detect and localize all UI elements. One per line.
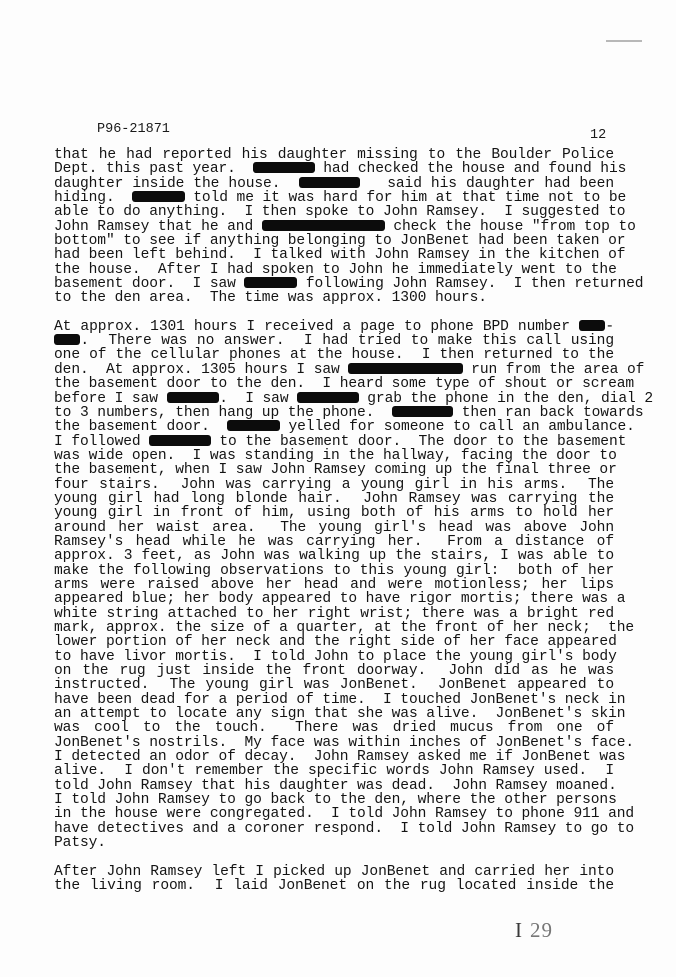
text-line: appeared blue; her body appeared to have… xyxy=(54,592,614,606)
redaction-block xyxy=(149,435,210,446)
text-line: white string attached to her right wrist… xyxy=(54,607,614,621)
text-line: alive. I don't remember the specific wor… xyxy=(54,764,614,778)
paragraph: After John Ramsey left I picked up JonBe… xyxy=(54,865,614,894)
text-line: At approx. 1301 hours I received a page … xyxy=(54,320,614,334)
bates-prefix: I xyxy=(515,918,530,942)
text-line: an attempt to locate any sign that she w… xyxy=(54,707,614,721)
text-line: young girl in front of him, using both o… xyxy=(54,506,614,520)
text-line: mark, approx. the size of a quarter, at … xyxy=(54,621,614,635)
text-line: was cool to the touch. There was dried m… xyxy=(54,721,614,735)
text-segment: Patsy. xyxy=(54,835,106,851)
text-line: the basement door to the den. I heard so… xyxy=(54,377,614,391)
redaction-block xyxy=(579,320,605,331)
text-line: the basement door. yelled for someone to… xyxy=(54,420,614,434)
text-line: Ramsey's head while he was carrying her.… xyxy=(54,535,614,549)
text-line: After John Ramsey left I picked up JonBe… xyxy=(54,865,614,879)
report-body: that he had reported his daughter missin… xyxy=(54,148,614,907)
redaction-block xyxy=(227,420,280,431)
text-line: on the rug just inside the front doorway… xyxy=(54,664,614,678)
text-line: den. At approx. 1305 hours I saw run fro… xyxy=(54,363,614,377)
bates-number: 29 xyxy=(530,918,553,942)
text-line: the living room. I laid JonBenet on the … xyxy=(54,879,614,893)
text-line: told John Ramsey that his daughter was d… xyxy=(54,779,614,793)
text-line: I detected an odor of decay. John Ramsey… xyxy=(54,750,614,764)
text-line: to have livor mortis. I told John to pla… xyxy=(54,650,614,664)
text-line: I told John Ramsey to go back to the den… xyxy=(54,793,614,807)
document-page: P96-21871 12 that he had reported his da… xyxy=(0,0,676,977)
text-line: young girl had long blonde hair. John Ra… xyxy=(54,492,614,506)
text-line: around her waist area. The young girl's … xyxy=(54,521,614,535)
text-line: Dept. this past year. had checked the ho… xyxy=(54,162,614,176)
text-line: was wide open. I was standing in the hal… xyxy=(54,449,614,463)
text-line: instructed. The young girl was JonBenet.… xyxy=(54,678,614,692)
redaction-block xyxy=(297,392,358,403)
text-line: to the den area. The time was approx. 13… xyxy=(54,291,614,305)
text-line: have been dead for a period of time. I t… xyxy=(54,693,614,707)
text-line: to 3 numbers, then hang up the phone. th… xyxy=(54,406,614,420)
text-line: in the house were congregated. I told Jo… xyxy=(54,807,614,821)
text-line: basement door. I saw following John Rams… xyxy=(54,277,614,291)
bates-stamp: I29 xyxy=(515,918,553,943)
scan-artifact-line xyxy=(606,40,642,42)
paragraph: that he had reported his daughter missin… xyxy=(54,148,614,306)
redaction-block xyxy=(262,220,385,231)
redaction-block xyxy=(132,191,185,202)
text-segment: the living room. I laid JonBenet on the … xyxy=(54,878,614,894)
text-line: JonBenet's nostrils. My face was within … xyxy=(54,736,614,750)
text-line: I followed to the basement door. The doo… xyxy=(54,435,614,449)
text-line: bottom" to see if anything belonging to … xyxy=(54,234,614,248)
text-line: Patsy. xyxy=(54,836,614,850)
text-line: the basement, when I saw John Ramsey com… xyxy=(54,463,614,477)
text-segment: to the den area. The time was approx. 13… xyxy=(54,290,487,306)
redaction-block xyxy=(348,363,462,374)
redaction-block xyxy=(244,277,297,288)
redaction-block xyxy=(299,177,360,188)
text-line: hiding. told me it was hard for him at t… xyxy=(54,191,614,205)
text-line: approx. 3 feet, as John was walking up t… xyxy=(54,549,614,563)
text-line: one of the cellular phones at the house.… xyxy=(54,348,614,362)
text-line: lower portion of her neck and the right … xyxy=(54,635,614,649)
redaction-block xyxy=(253,162,314,173)
text-segment: have detectives and a coroner respond. I… xyxy=(54,821,634,837)
text-line: daughter inside the house. said his daug… xyxy=(54,177,614,191)
paragraph: At approx. 1301 hours I received a page … xyxy=(54,320,614,851)
text-line: that he had reported his daughter missin… xyxy=(54,148,614,162)
text-line: have detectives and a coroner respond. I… xyxy=(54,822,614,836)
text-line: . There was no answer. I had tried to ma… xyxy=(54,334,614,348)
text-line: before I saw . I saw grab the phone in t… xyxy=(54,392,614,406)
page-number: 12 xyxy=(590,128,606,143)
text-line: arms were raised above her head and were… xyxy=(54,578,614,592)
text-line: John Ramsey that he and check the house … xyxy=(54,220,614,234)
redaction-block xyxy=(54,334,80,345)
redaction-block xyxy=(392,406,453,417)
case-number: P96-21871 xyxy=(97,122,170,137)
text-line: make the following observations to this … xyxy=(54,564,614,578)
text-line: had been left behind. I talked with John… xyxy=(54,248,614,262)
text-line: able to do anything. I then spoke to Joh… xyxy=(54,205,614,219)
redaction-block xyxy=(167,392,220,403)
text-line: four stairs. John was carrying a young g… xyxy=(54,478,614,492)
text-line: the house. After I had spoken to John he… xyxy=(54,263,614,277)
